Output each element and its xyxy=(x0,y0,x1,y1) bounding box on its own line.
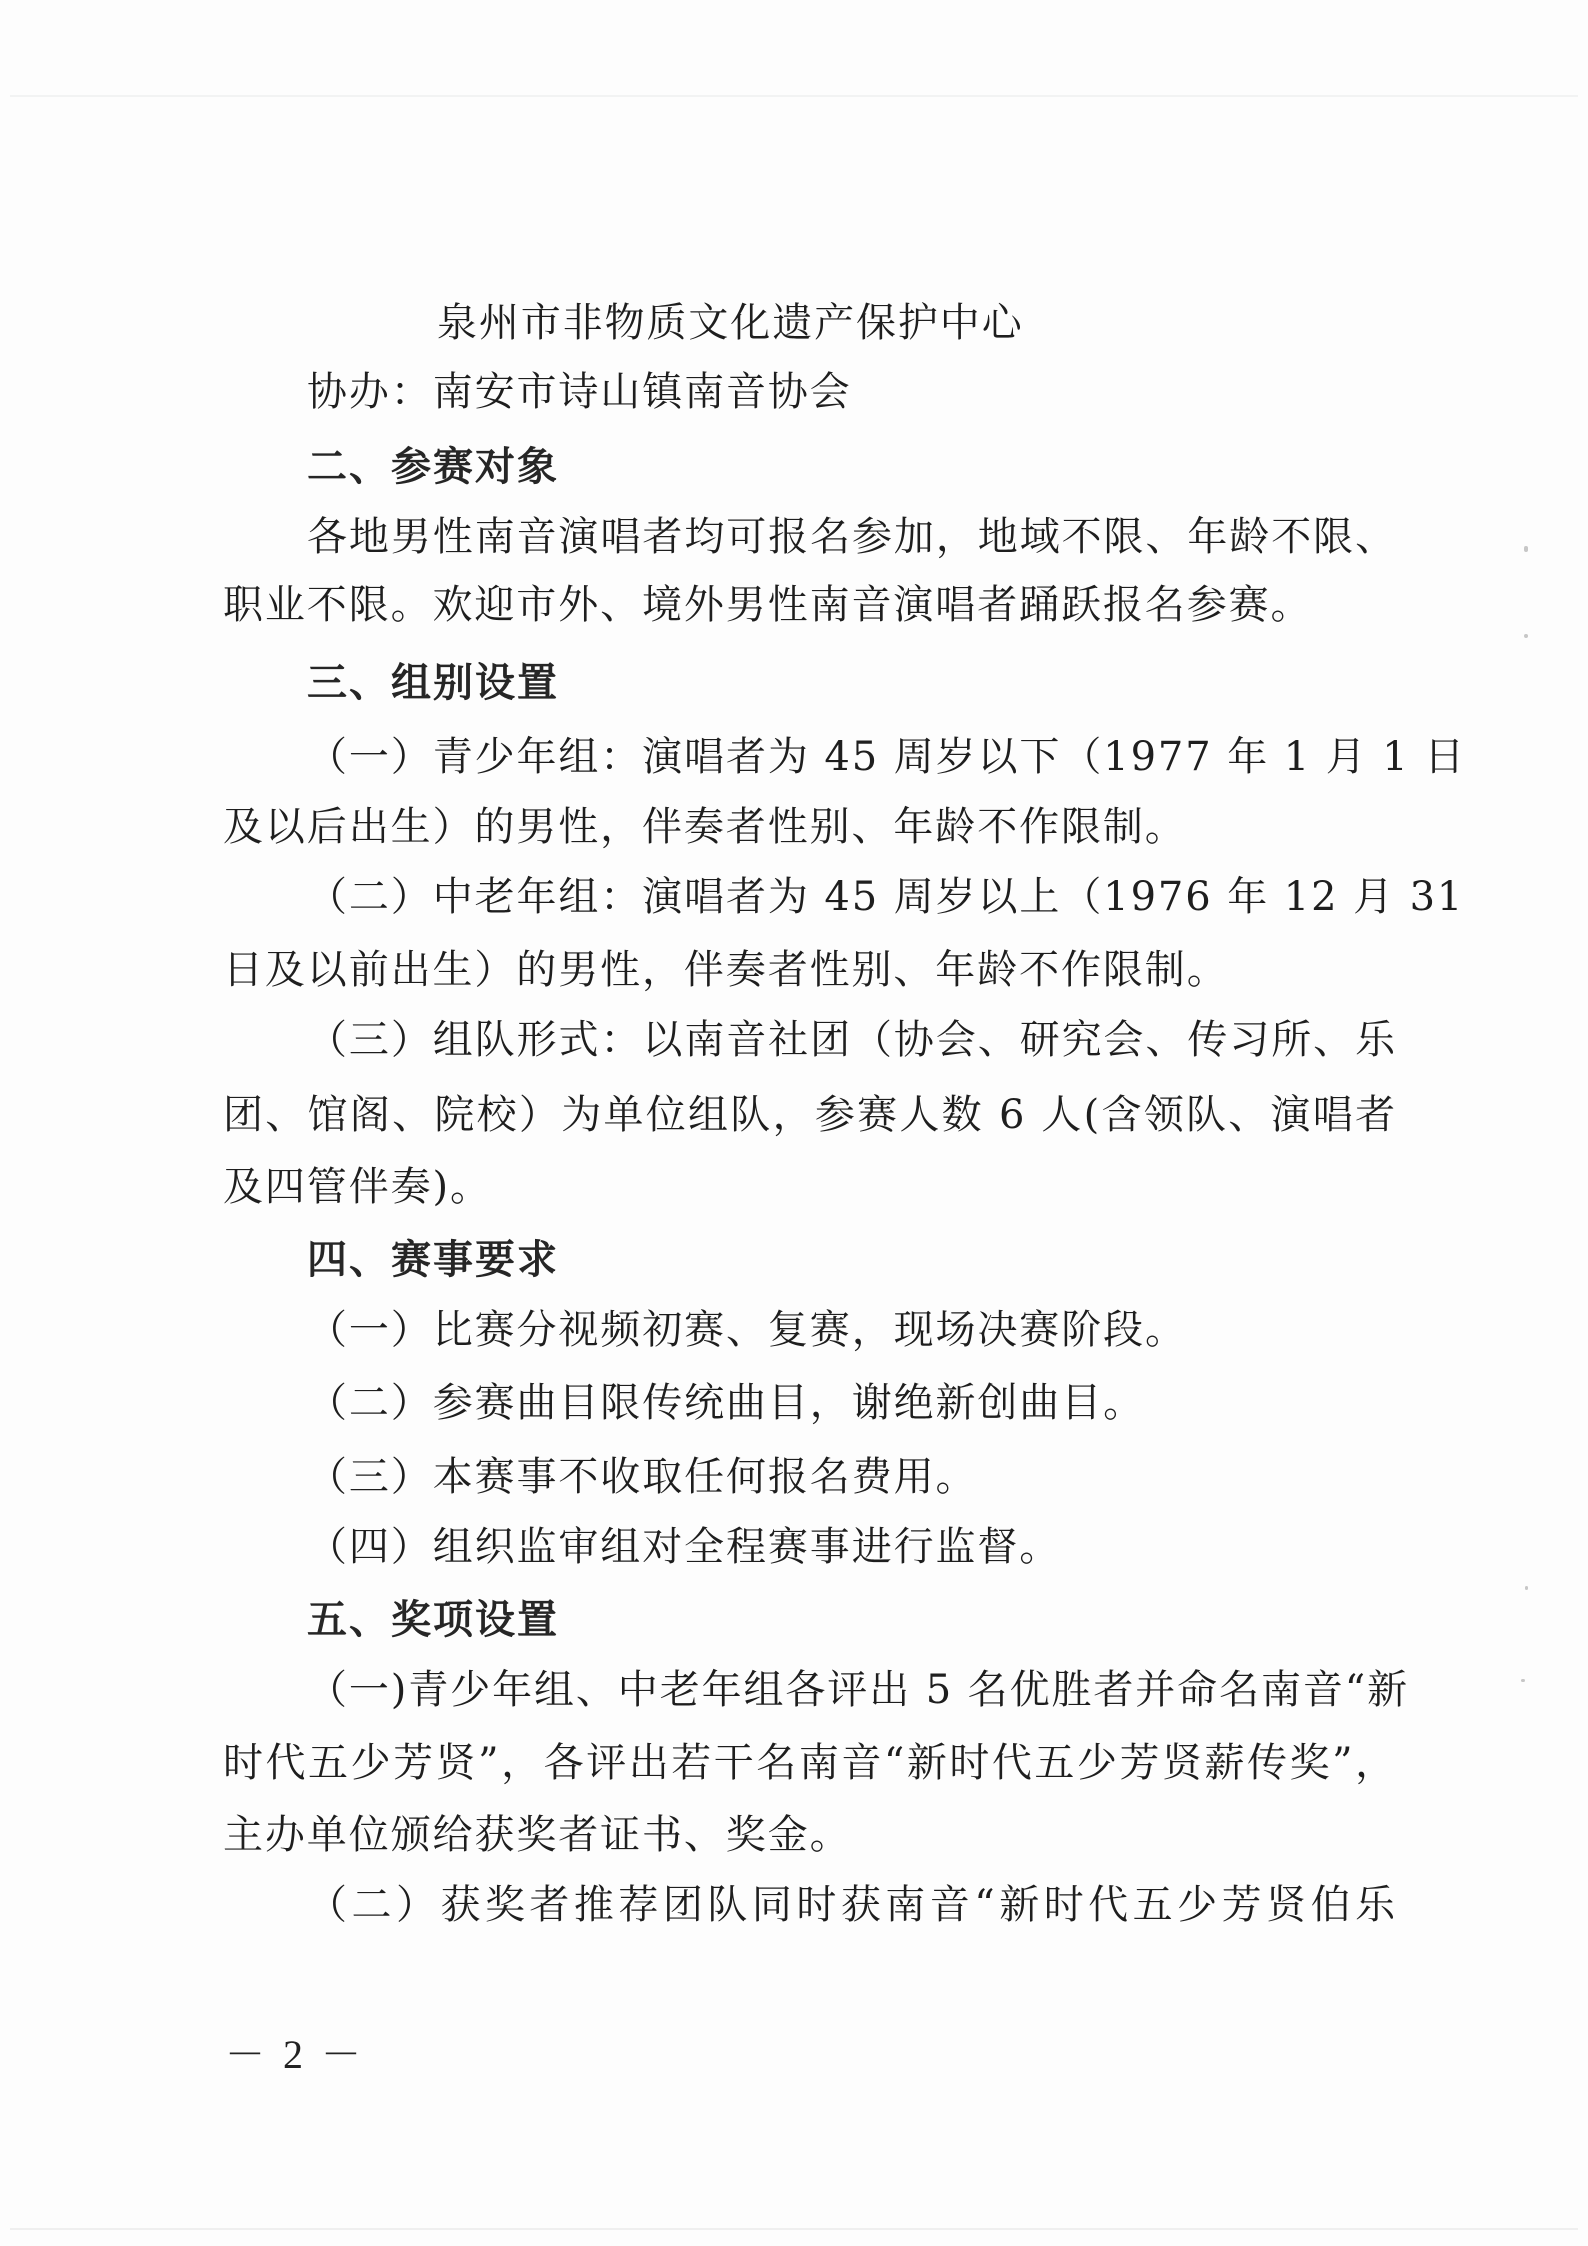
section-heading-participants: 二、参赛对象 xyxy=(307,443,1397,491)
paragraph-line: （一）青少年组：演唱者为 45 周岁以下（1977 年 1 月 1 日 xyxy=(307,733,1397,781)
scan-artifact-line xyxy=(10,95,1578,97)
paragraph-line: 主办单位颁给获奖者证书、奖金。 xyxy=(223,1811,1397,1859)
paragraph-line: 及以后出生）的男性，伴奏者性别、年龄不作限制。 xyxy=(223,803,1397,851)
list-item: （一）比赛分视频初赛、复赛，现场决赛阶段。 xyxy=(307,1306,1397,1354)
list-item: （二）参赛曲目限传统曲目，谢绝新创曲目。 xyxy=(307,1379,1397,1427)
list-item: （三）本赛事不收取任何报名费用。 xyxy=(307,1453,1397,1501)
section-heading-awards: 五、奖项设置 xyxy=(307,1596,1397,1644)
scan-artifact-line xyxy=(10,2228,1578,2230)
scan-artifact-mark xyxy=(1524,634,1528,638)
paragraph-line: 团、馆阁、院校）为单位组队，参赛人数 6 人(含领队、演唱者 xyxy=(223,1091,1397,1139)
paragraph-line: 及四管伴奏)。 xyxy=(223,1163,1397,1211)
section-heading-groups: 三、组别设置 xyxy=(307,659,1397,707)
organizer-line: 泉州市非物质文化遗产保护中心 xyxy=(437,299,1397,347)
list-item: （四）组织监审组对全程赛事进行监督。 xyxy=(307,1523,1397,1571)
paragraph-line: （二）获奖者推荐团队同时获南音“新时代五少芳贤伯乐 xyxy=(307,1881,1397,1929)
scan-artifact-mark xyxy=(1524,546,1528,552)
paragraph-line: （三）组队形式：以南音社团（协会、研究会、传习所、乐 xyxy=(307,1016,1397,1064)
paragraph-line: （一)青少年组、中老年组各评出 5 名优胜者并命名南音“新 xyxy=(307,1666,1397,1714)
paragraph-line: 日及以前出生）的男性，伴奏者性别、年龄不作限制。 xyxy=(223,946,1397,994)
scan-artifact-mark xyxy=(1521,1679,1525,1682)
section-heading-requirements: 四、赛事要求 xyxy=(307,1236,1397,1284)
paragraph-line: 各地男性南音演唱者均可报名参加，地域不限、年龄不限、 xyxy=(307,513,1397,561)
scan-artifact-mark xyxy=(1525,1586,1528,1590)
paragraph-line: 职业不限。欢迎市外、境外男性南音演唱者踊跃报名参赛。 xyxy=(223,581,1397,629)
co-organizer-line: 协办：南安市诗山镇南音协会 xyxy=(307,368,1397,416)
document-page: 泉州市非物质文化遗产保护中心 协办：南安市诗山镇南音协会 二、参赛对象 各地男性… xyxy=(0,0,1588,2246)
page-number: － 2 － xyxy=(225,2032,365,2078)
paragraph-line: 时代五少芳贤”，各评出若干名南音“新时代五少芳贤薪传奖”， xyxy=(223,1739,1397,1787)
paragraph-line: （二）中老年组：演唱者为 45 周岁以上（1976 年 12 月 31 xyxy=(307,873,1397,921)
